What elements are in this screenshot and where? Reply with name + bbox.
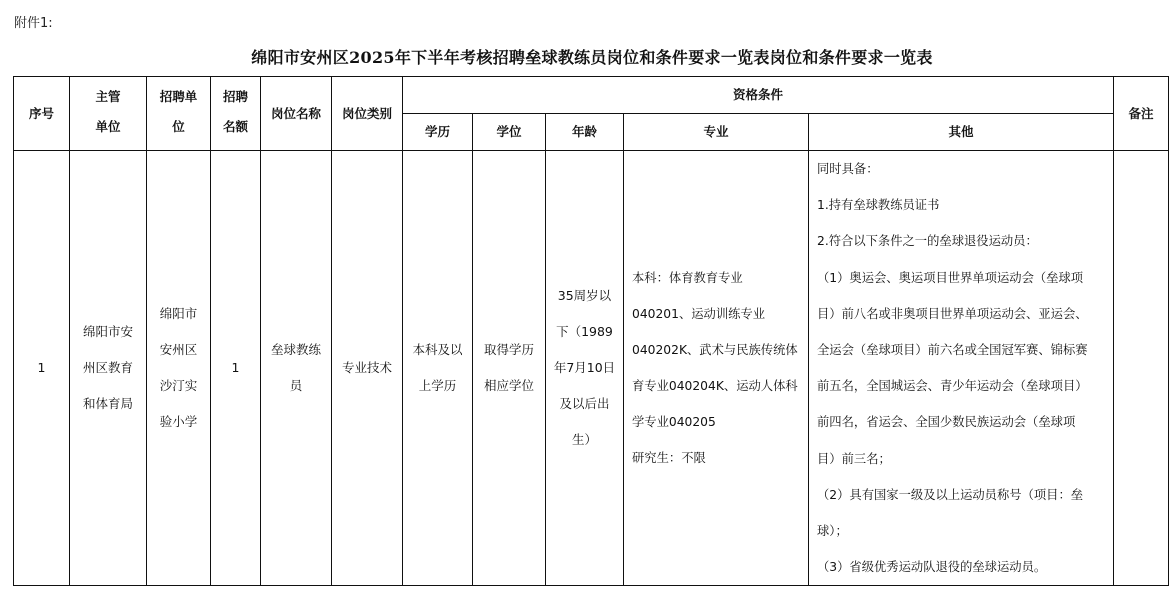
cell-degree-line: 相应学位 bbox=[484, 378, 534, 393]
cell-other: 同时具备： 1.持有垒球教练员证书 2.符合以下条件之一的垒球退役运动员： （1… bbox=[809, 151, 1114, 586]
header-dept-line2: 单位 bbox=[95, 119, 120, 134]
cell-other-line: 1.持有垒球教练员证书 bbox=[817, 198, 939, 212]
header-qualifications: 资格条件 bbox=[403, 77, 1114, 114]
cell-unit-line: 沙汀实 bbox=[160, 378, 198, 393]
header-unit-line1: 招聘单 bbox=[160, 89, 198, 104]
cell-remarks bbox=[1114, 151, 1169, 586]
cell-post-name-line: 垒球教练 bbox=[271, 342, 321, 357]
cell-education-line: 上学历 bbox=[419, 378, 457, 393]
cell-major-line: 本科：体育教育专业 bbox=[632, 271, 743, 285]
cell-other-line: 同时具备： bbox=[817, 162, 879, 176]
cell-other-line: 前四名，省运会、全国少数民族运动会（垒球项 bbox=[817, 415, 1075, 429]
cell-unit-line: 安州区 bbox=[160, 342, 198, 357]
header-degree: 学位 bbox=[473, 114, 546, 151]
header-post-type: 岗位类别 bbox=[332, 77, 403, 151]
cell-dept-line: 和体育局 bbox=[83, 396, 133, 411]
cell-major-line: 学专业040205 bbox=[632, 415, 716, 429]
cell-age-line: 35周岁以 bbox=[558, 288, 611, 303]
header-age: 年龄 bbox=[546, 114, 624, 151]
cell-age-line: 生） bbox=[572, 432, 597, 447]
cell-post-name-line: 员 bbox=[290, 378, 303, 393]
cell-major-line: 研究生：不限 bbox=[632, 451, 706, 465]
header-quota-line1: 招聘 bbox=[223, 89, 248, 104]
cell-degree: 取得学历 相应学位 bbox=[473, 151, 546, 586]
cell-seq: 1 bbox=[14, 151, 70, 586]
header-unit: 招聘单位 bbox=[147, 77, 211, 151]
cell-age-line: 下（1989 bbox=[556, 324, 613, 339]
cell-other-line: （3）省级优秀运动队退役的垒球运动员。 bbox=[817, 560, 1046, 574]
attachment-label: 附件1: bbox=[14, 12, 53, 31]
cell-unit: 绵阳市 安州区 沙汀实 验小学 bbox=[147, 151, 211, 586]
header-post-name: 岗位名称 bbox=[261, 77, 332, 151]
cell-post-type: 专业技术 bbox=[332, 151, 403, 586]
cell-education: 本科及以 上学历 bbox=[403, 151, 473, 586]
header-unit-line2: 位 bbox=[172, 119, 185, 134]
cell-other-line: 目）前三名； bbox=[817, 452, 891, 466]
header-dept: 主管单位 bbox=[70, 77, 147, 151]
cell-other-line: 目）前八名或非奥项目世界单项运动会、亚运会、 bbox=[817, 307, 1088, 321]
cell-unit-line: 绵阳市 bbox=[160, 306, 198, 321]
table-row: 1 绵阳市安 州区教育 和体育局 绵阳市 安州区 沙汀实 验小学 1 bbox=[14, 151, 1169, 586]
cell-other-line: 球）； bbox=[817, 524, 848, 538]
cell-other-line: 全运会（垒球项目）前六名或全国冠军赛、锦标赛 bbox=[817, 343, 1088, 357]
cell-dept: 绵阳市安 州区教育 和体育局 bbox=[70, 151, 147, 586]
header-dept-line1: 主管 bbox=[95, 89, 120, 104]
cell-major-line: 040202K、武术与民族传统体 bbox=[632, 343, 798, 357]
cell-degree-line: 取得学历 bbox=[484, 342, 534, 357]
cell-age-line: 及以后出 bbox=[559, 396, 609, 411]
cell-unit-line: 验小学 bbox=[160, 414, 198, 429]
header-education: 学历 bbox=[403, 114, 473, 151]
cell-education-line: 本科及以 bbox=[412, 342, 462, 357]
cell-dept-line: 绵阳市安 bbox=[83, 324, 133, 339]
cell-other-line: 2.符合以下条件之一的垒球退役运动员： bbox=[817, 234, 1038, 248]
cell-major-line: 育专业040204K、运动人体科 bbox=[632, 379, 798, 393]
cell-quota: 1 bbox=[211, 151, 261, 586]
document-title: 绵阳市安州区2025年下半年考核招聘垒球教练员岗位和条件要求一览表岗位和条件要求… bbox=[0, 45, 1172, 68]
cell-dept-line: 州区教育 bbox=[83, 360, 133, 375]
header-other: 其他 bbox=[809, 114, 1114, 151]
cell-other-line: 前五名，全国城运会、青少年运动会（垒球项目） bbox=[817, 379, 1088, 393]
cell-other-line: （2）具有国家一级及以上运动员称号（项目：垒 bbox=[817, 488, 1083, 502]
cell-other-line: （1）奥运会、奥运项目世界单项运动会（垒球项 bbox=[817, 271, 1083, 285]
header-quota: 招聘名额 bbox=[211, 77, 261, 151]
cell-age-line: 年7月10日 bbox=[554, 360, 615, 375]
cell-major-line: 040201、运动训练专业 bbox=[632, 307, 765, 321]
header-quota-line2: 名额 bbox=[223, 119, 248, 134]
cell-post-name: 垒球教练 员 bbox=[261, 151, 332, 586]
positions-table: 序号 主管单位 招聘单位 招聘名额 岗位名称 岗位类别 资格条件 备注 学历 学… bbox=[13, 76, 1169, 586]
header-remarks: 备注 bbox=[1114, 77, 1169, 151]
header-major: 专业 bbox=[624, 114, 809, 151]
cell-age: 35周岁以 下（1989 年7月10日 及以后出 生） bbox=[546, 151, 624, 586]
header-seq: 序号 bbox=[14, 77, 70, 151]
cell-major: 本科：体育教育专业 040201、运动训练专业 040202K、武术与民族传统体… bbox=[624, 151, 809, 586]
